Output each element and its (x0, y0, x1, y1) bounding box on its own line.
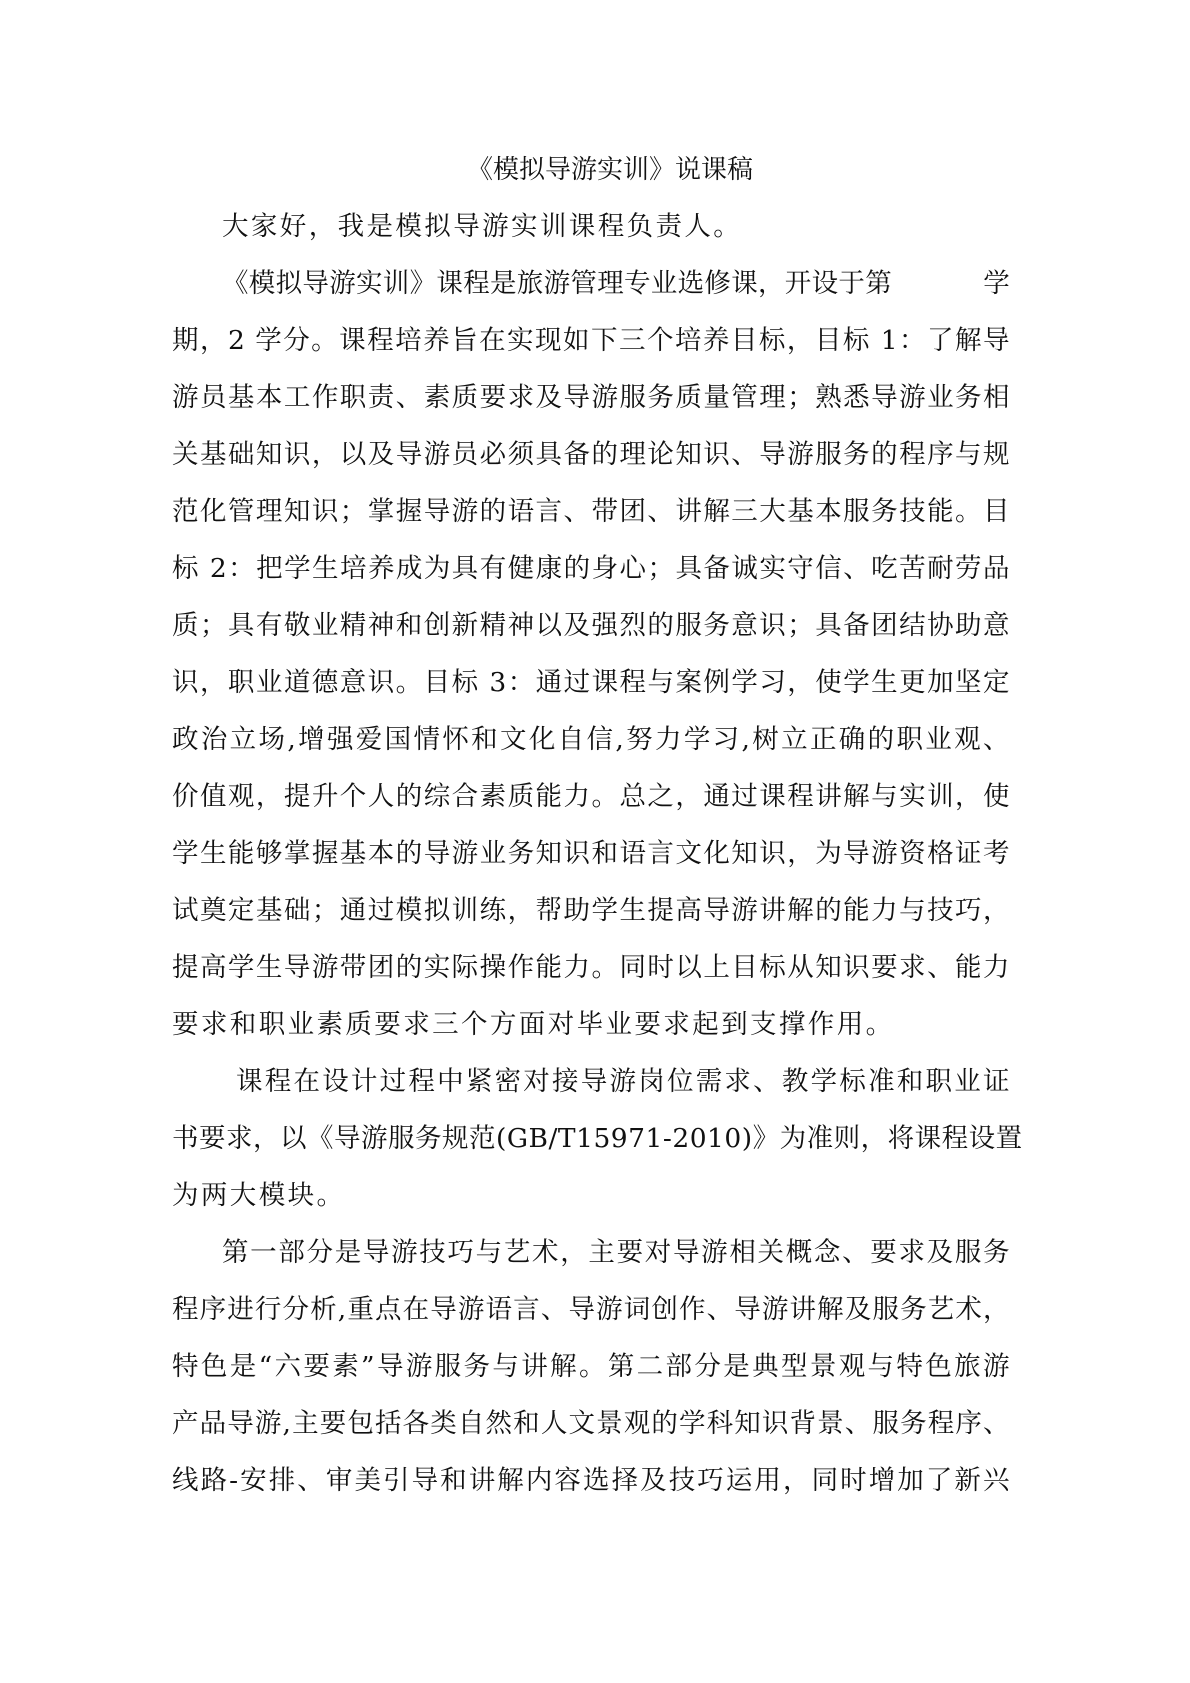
paragraph-line: 线路-安排、审美引导和讲解内容选择及技巧运用，同时增加了新兴 (172, 1461, 1010, 1501)
paragraph-greeting-line: 大家好，我是模拟导游实训课程负责人。 (222, 207, 1010, 247)
paragraph-line: 游员基本工作职责、素质要求及导游服务质量管理；熟悉导游业务相 (172, 378, 1010, 418)
paragraph-line: 价值观，提升个人的综合素质能力。总之，通过课程讲解与实训，使 (172, 777, 1010, 817)
paragraph-line: 书要求，以《导游服务规范(GB/T15971-2010)》为准则，将课程设置 (172, 1119, 1010, 1159)
document-page: 《模拟导游实训》说课稿 大家好，我是模拟导游实训课程负责人。 《模拟导游实训》课… (0, 0, 1190, 1683)
paragraph-design-first-line: 课程在设计过程中紧密对接导游岗位需求、教学标准和职业证 (236, 1062, 1010, 1102)
paragraph-line: 提高学生导游带团的实际操作能力。同时以上目标从知识要求、能力 (172, 948, 1010, 988)
first-line-tail: 学 (983, 264, 1010, 304)
paragraph-line: 质；具有敬业精神和创新精神以及强烈的服务意识；具备团结协助意 (172, 606, 1010, 646)
first-line-text: 《模拟导游实训》课程是旅游管理专业选修课，开设于第 (222, 268, 892, 299)
paragraph-line: 学生能够掌握基本的导游业务知识和语言文化知识，为导游资格证考 (172, 834, 1010, 874)
paragraph-line: 关基础知识，以及导游员必须具备的理论知识、导游服务的程序与规 (172, 435, 1010, 475)
paragraph-line: 为两大模块。 (172, 1176, 1010, 1216)
paragraph-line: 期，2 学分。课程培养旨在实现如下三个培养目标，目标 1：了解导 (172, 321, 1010, 361)
paragraph-line: 范化管理知识；掌握导游的语言、带团、讲解三大基本服务技能。目 (172, 492, 1010, 532)
paragraph-objectives-first-line: 《模拟导游实训》课程是旅游管理专业选修课，开设于第学 (222, 264, 1010, 304)
paragraph-line: 标 2：把学生培养成为具有健康的身心；具备诚实守信、吃苦耐劳品 (172, 549, 1010, 589)
paragraph-line: 产品导游,主要包括各类自然和人文景观的学科知识背景、服务程序、 (172, 1404, 1010, 1444)
paragraph-modules-first-line: 第一部分是导游技巧与艺术，主要对导游相关概念、要求及服务 (222, 1233, 1010, 1273)
paragraph-line: 政治立场,增强爱国情怀和文化自信,努力学习,树立正确的职业观、 (172, 720, 1010, 760)
paragraph-line: 要求和职业素质要求三个方面对毕业要求起到支撑作用。 (172, 1005, 1010, 1045)
document-title: 《模拟导游实训》说课稿 (0, 150, 1190, 190)
paragraph-line: 试奠定基础；通过模拟训练，帮助学生提高导游讲解的能力与技巧， (172, 891, 1010, 931)
paragraph-line: 程序进行分析,重点在导游语言、导游词创作、导游讲解及服务艺术， (172, 1290, 1010, 1330)
paragraph-line: 特色是“六要素”导游服务与讲解。第二部分是典型景观与特色旅游 (172, 1347, 1010, 1387)
paragraph-line: 识，职业道德意识。目标 3：通过课程与案例学习，使学生更加坚定 (172, 663, 1010, 703)
